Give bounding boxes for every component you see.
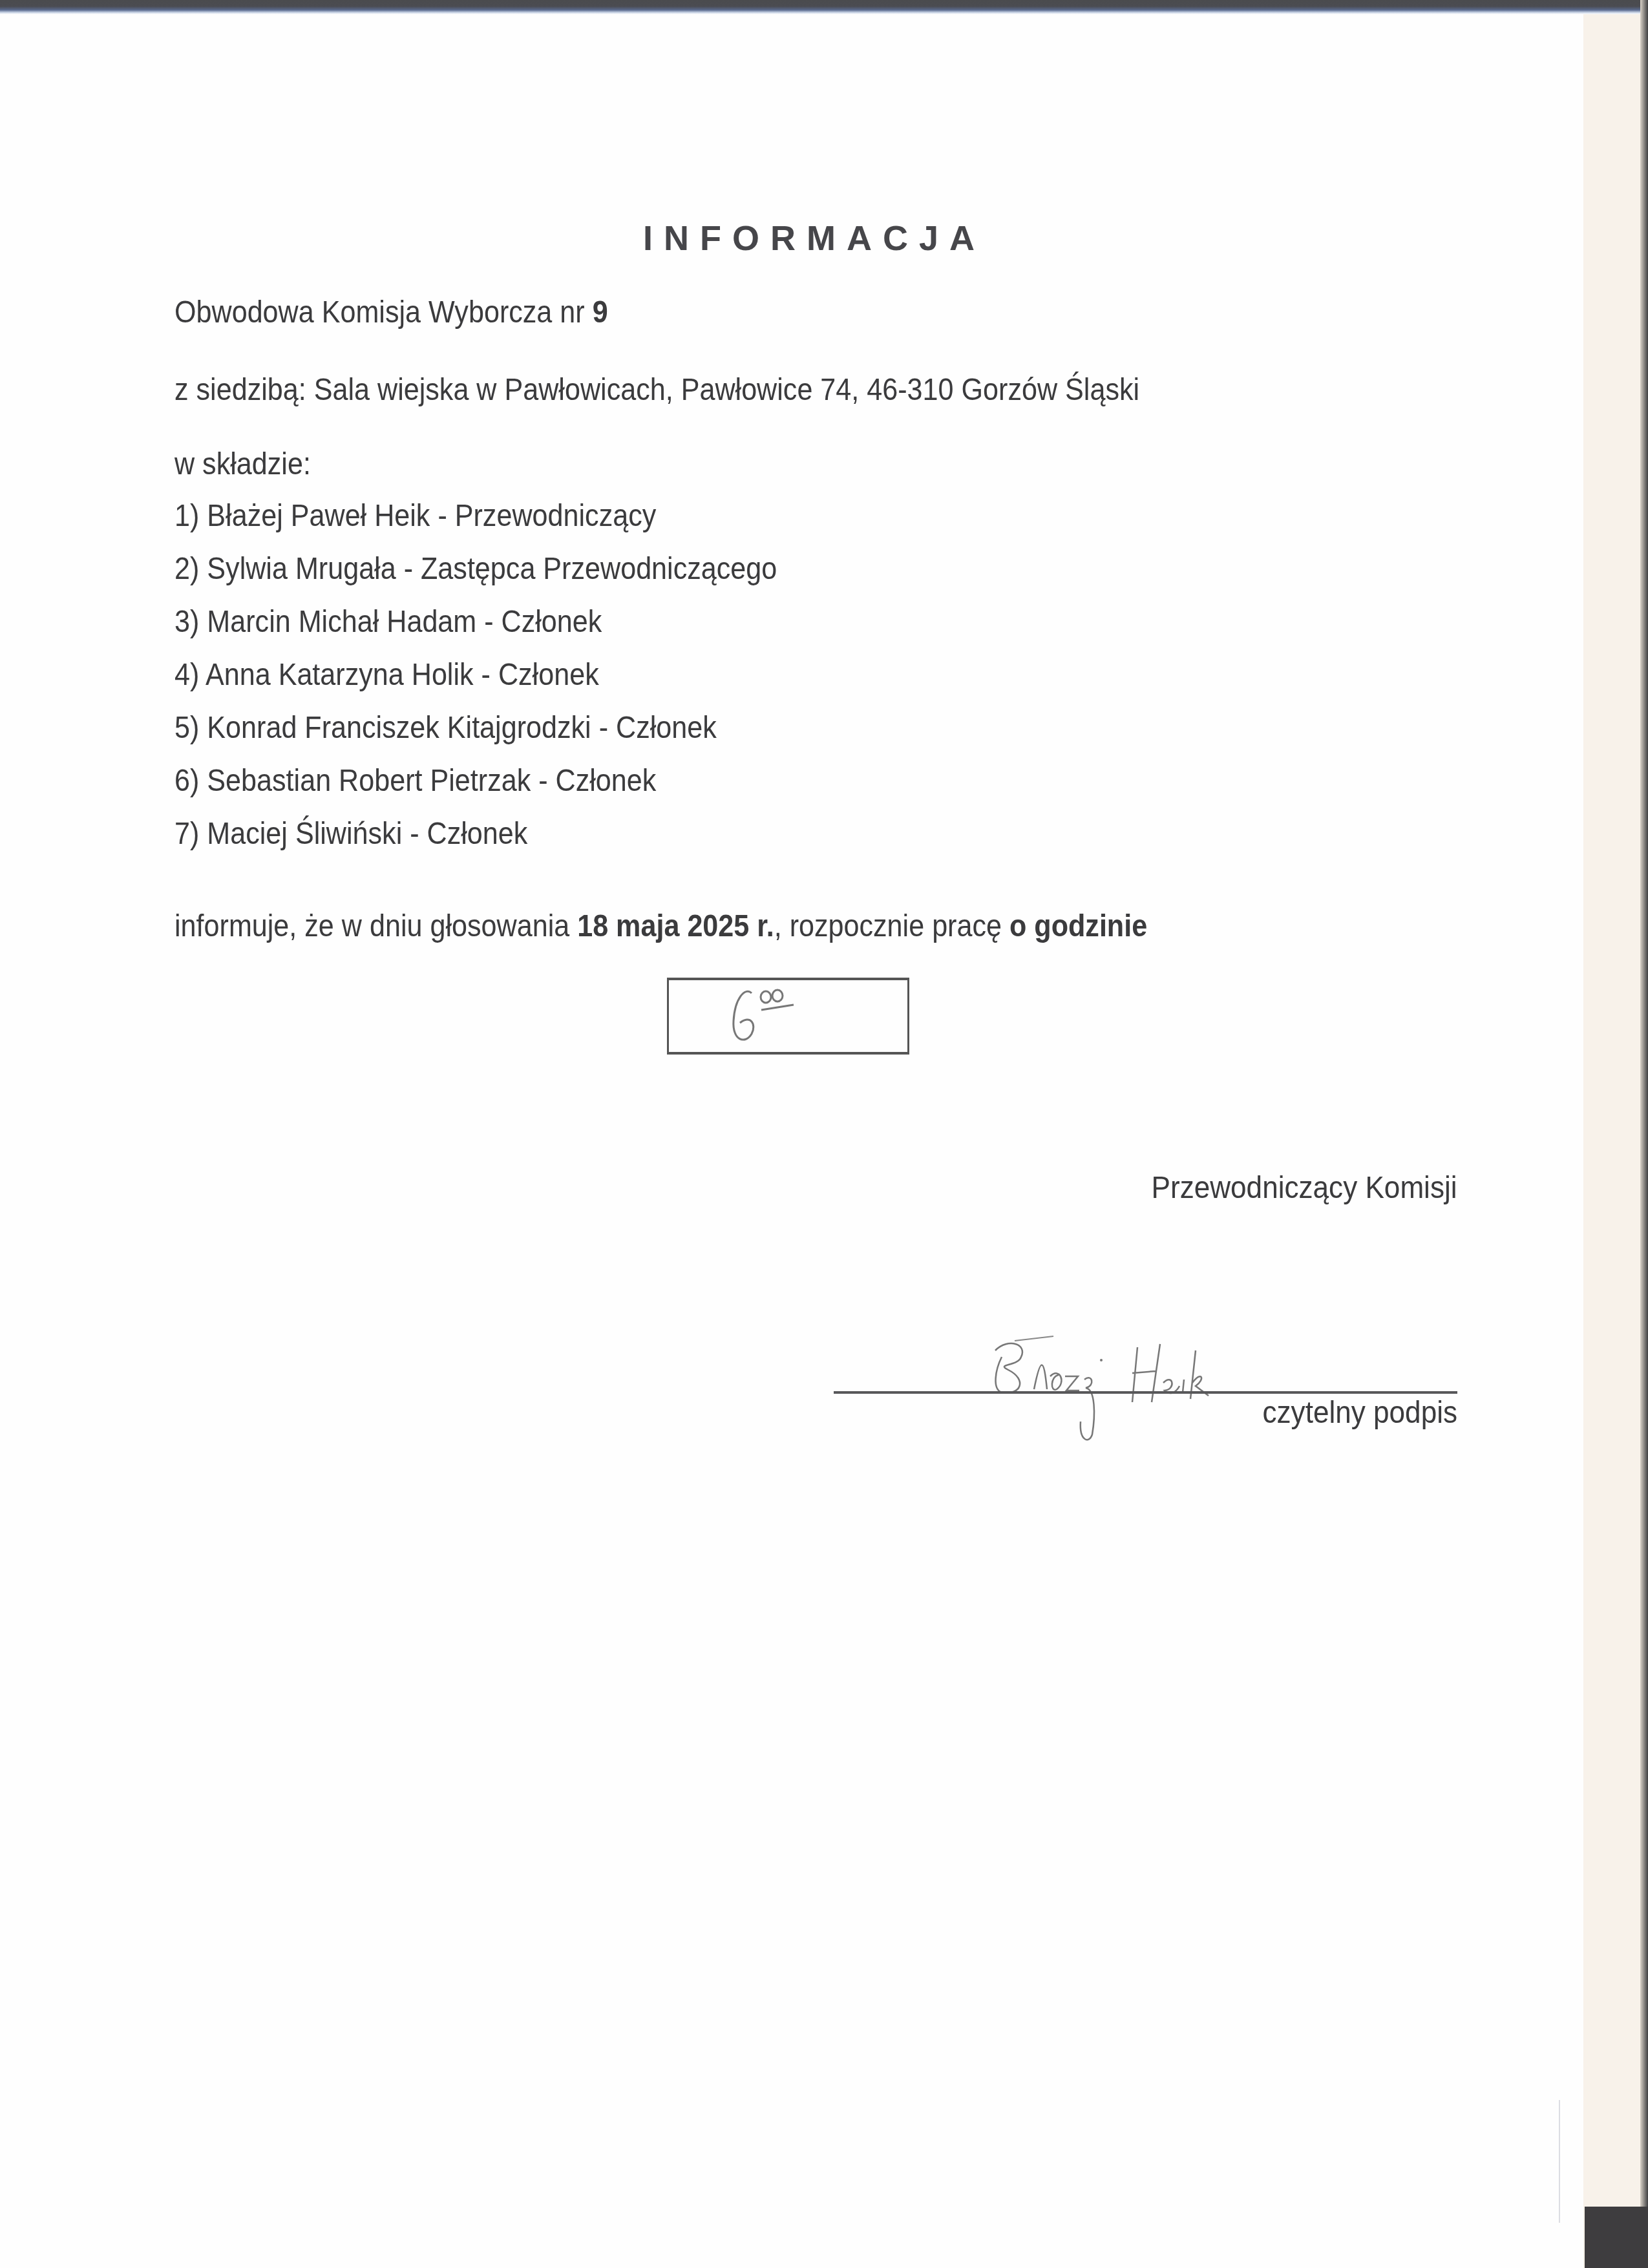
composition-label: w składzie:: [174, 446, 311, 482]
signature-icon: [982, 1331, 1280, 1447]
seat-line: z siedzibą: Sala wiejska w Pawłowicach, …: [174, 372, 1139, 408]
signature-caption: czytelny podpis: [1262, 1394, 1457, 1431]
signature-title: Przewodniczący Komisji: [1152, 1170, 1457, 1206]
member-item: 6) Sebastian Robert Pietrzak - Członek: [174, 762, 656, 799]
committee-prefix: Obwodowa Komisja Wyborcza nr: [174, 295, 593, 330]
announcement-text: informuje, że w dniu głosowania: [174, 908, 577, 943]
member-item: 4) Anna Katarzyna Holik - Członek: [174, 656, 599, 693]
member-item: 1) Błażej Paweł Heik - Przewodniczący: [174, 498, 656, 534]
document-title: INFORMACJA: [643, 218, 986, 258]
scan-corner-bottom-right: [1585, 2207, 1648, 2268]
announcement-line: informuje, że w dniu głosowania 18 maja …: [174, 908, 1147, 944]
announcement-text-2: , rozpocznie pracę: [774, 908, 1009, 943]
election-date: 18 maja 2025 r.: [577, 908, 774, 943]
scan-border-right: [1640, 0, 1648, 2268]
start-time-box: 6:00: [667, 978, 909, 1055]
member-item: 2) Sylwia Mrugała - Zastępca Przewodnicz…: [174, 551, 777, 587]
scan-edge-right: [1583, 14, 1648, 2268]
member-item: 7) Maciej Śliwiński - Członek: [174, 815, 527, 852]
member-item: 5) Konrad Franciszek Kitajgrodzki - Czło…: [174, 709, 717, 746]
scan-artifact-line: [1559, 2100, 1560, 2223]
committee-number: 9: [593, 295, 608, 330]
signature-line: [834, 1391, 1457, 1394]
announcement-time-label: o godzinie: [1009, 908, 1147, 943]
committee-line: Obwodowa Komisja Wyborcza nr 9: [174, 294, 608, 330]
member-item: 3) Marcin Michał Hadam - Członek: [174, 604, 602, 640]
handwritten-time-icon: [726, 985, 823, 1050]
scan-edge-top: [0, 0, 1648, 14]
